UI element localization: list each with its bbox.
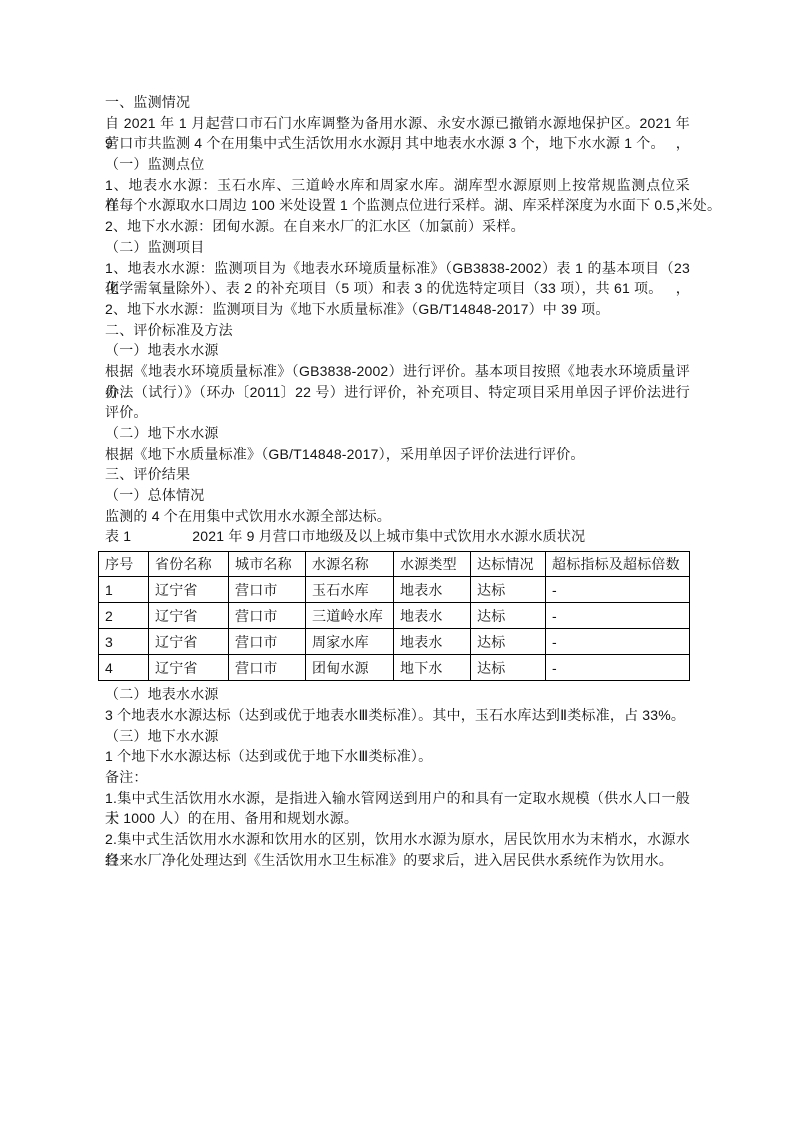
- table-cell: 营口市: [229, 603, 306, 629]
- text-line: 2、地下水水源：监测项目为《地下水质量标准》（GB/T14848-2017）中 …: [105, 299, 690, 320]
- text-line: 办法（试行）》（环办〔2011〕22 号）进行评价，补充项目、特定项目采用单因子…: [105, 382, 690, 403]
- subheading-groundwater-result: （三）地下水水源: [105, 726, 690, 747]
- table-header-cell: 达标情况: [471, 552, 546, 577]
- text-line: 监测的 4 个在用集中式饮用水水源全部达标。: [105, 506, 690, 527]
- subheading-groundwater-source: （二）地下水水源: [105, 423, 690, 444]
- table-header-cell: 超标指标及超标倍数: [546, 552, 690, 577]
- heading-section-3-results: 三、评价结果: [105, 464, 690, 485]
- text-line: 1 个地下水水源达标（达到或优于地下水Ⅲ类标准）。: [105, 746, 690, 767]
- text-line: 根据《地下水质量标准》（GB/T14848-2017），采用单因子评价法进行评价…: [105, 444, 690, 465]
- text-line: 3 个地表水水源达标（达到或优于地表水Ⅲ类标准）。其中，玉石水库达到Ⅱ类标准，占…: [105, 705, 690, 726]
- table-cell: 玉石水库: [306, 577, 394, 603]
- subheading-monitoring-points: （一）监测点位: [105, 154, 690, 175]
- table-cell: 营口市: [229, 655, 306, 681]
- table-header-cell: 水源名称: [306, 552, 394, 577]
- table-cell: 团甸水源: [306, 655, 394, 681]
- table-cell: -: [546, 577, 690, 603]
- table-header-row: 序号 省份名称 城市名称 水源名称 水源类型 达标情况 超标指标及超标倍数: [99, 552, 690, 577]
- table-cell: 辽宁省: [149, 603, 229, 629]
- table-cell: 辽宁省: [149, 577, 229, 603]
- text-line: 化学需氧量除外）、表 2 的补充项目（5 项）和表 3 的优选特定项目（33 项…: [105, 278, 690, 299]
- subheading-surface-water-result: （二）地表水水源: [105, 684, 690, 705]
- table-cell: 辽宁省: [149, 629, 229, 655]
- table-cell: 地表水: [394, 629, 471, 655]
- table-header-cell: 城市名称: [229, 552, 306, 577]
- table-cell: 辽宁省: [149, 655, 229, 681]
- text-line: 自 2021 年 1 月起营口市石门水库调整为备用水源、永安水源已撤销水源地保护…: [105, 113, 690, 134]
- text-line: 根据《地表水环境质量标准》（GB3838-2002）进行评价。基本项目按照《地表…: [105, 361, 690, 382]
- notes-label: 备注：: [105, 767, 690, 788]
- table-cell: 达标: [471, 577, 546, 603]
- text-line: 评价。: [105, 402, 690, 423]
- heading-section-2-standards: 二、评价标准及方法: [105, 320, 690, 341]
- table-cell: 1: [99, 577, 149, 603]
- table-header-cell: 序号: [99, 552, 149, 577]
- text-line: 在每个水源取水口周边 100 米处设置 1 个监测点位进行采样。湖、库采样深度为…: [105, 195, 690, 216]
- table-row: 1 辽宁省 营口市 玉石水库 地表水 达标 -: [99, 577, 690, 603]
- table-cell: -: [546, 603, 690, 629]
- text-line: 1.集中式生活饮用水水源，是指进入输水管网送到用户的和具有一定取水规模（供水人口…: [105, 788, 690, 809]
- text-line: 2、地下水水源：团甸水源。在自来水厂的汇水区（加氯前）采样。: [105, 216, 690, 237]
- table-cell: 三道岭水库: [306, 603, 394, 629]
- text-line: 于 1000 人）的在用、备用和规划水源。: [105, 808, 690, 829]
- text-line: 1、地表水水源：监测项目为《地表水环境质量标准》（GB3838-2002）表 1…: [105, 258, 690, 279]
- table-cell: 达标: [471, 603, 546, 629]
- table-cell: 2: [99, 603, 149, 629]
- table-cell: 地下水: [394, 655, 471, 681]
- text-line: 1、地表水水源：玉石水库、三道岭水库和周家水库。湖库型水源原则上按常规监测点位采…: [105, 175, 690, 196]
- table-cell: 达标: [471, 629, 546, 655]
- water-quality-table: 序号 省份名称 城市名称 水源名称 水源类型 达标情况 超标指标及超标倍数 1 …: [98, 551, 690, 681]
- table-caption-title: 2021 年 9 月营口市地级及以上城市集中式饮用水水源水质状况: [192, 528, 585, 544]
- table-header-cell: 水源类型: [394, 552, 471, 577]
- document-content: 一、监测情况 自 2021 年 1 月起营口市石门水库调整为备用水源、永安水源已…: [105, 92, 690, 870]
- table-row: 2 辽宁省 营口市 三道岭水库 地表水 达标 -: [99, 603, 690, 629]
- table-row: 4 辽宁省 营口市 团甸水源 地下水 达标 -: [99, 655, 690, 681]
- subheading-surface-water-source: （一）地表水水源: [105, 340, 690, 361]
- table-cell: 4: [99, 655, 149, 681]
- table-row: 3 辽宁省 营口市 周家水库 地表水 达标 -: [99, 629, 690, 655]
- table-cell: 营口市: [229, 629, 306, 655]
- text-line: 2.集中式生活饮用水水源和饮用水的区别，饮用水水源为原水，居民饮用水为末梢水，水…: [105, 829, 690, 850]
- text-line: 自来水厂净化处理达到《生活饮用水卫生标准》的要求后，进入居民供水系统作为饮用水。: [105, 850, 690, 871]
- table-cell: -: [546, 629, 690, 655]
- table-cell: 周家水库: [306, 629, 394, 655]
- table-cell: 营口市: [229, 577, 306, 603]
- subheading-monitoring-items: （二）监测项目: [105, 237, 690, 258]
- table-cell: 地表水: [394, 603, 471, 629]
- table-cell: -: [546, 655, 690, 681]
- table-header-cell: 省份名称: [149, 552, 229, 577]
- subheading-overall-situation: （一）总体情况: [105, 485, 690, 506]
- document-page: 一、监测情况 自 2021 年 1 月起营口市石门水库调整为备用水源、永安水源已…: [0, 0, 793, 1122]
- table-caption-label: 表 1: [105, 528, 131, 544]
- table-cell: 3: [99, 629, 149, 655]
- table-cell: 达标: [471, 655, 546, 681]
- table-caption: 表 12021 年 9 月营口市地级及以上城市集中式饮用水水源水质状况: [105, 526, 690, 547]
- table-cell: 地表水: [394, 577, 471, 603]
- text-line: 营口市共监测 4 个在用集中式生活饮用水水源，其中地表水水源 3 个，地下水水源…: [105, 133, 690, 154]
- heading-section-1-monitoring: 一、监测情况: [105, 92, 690, 113]
